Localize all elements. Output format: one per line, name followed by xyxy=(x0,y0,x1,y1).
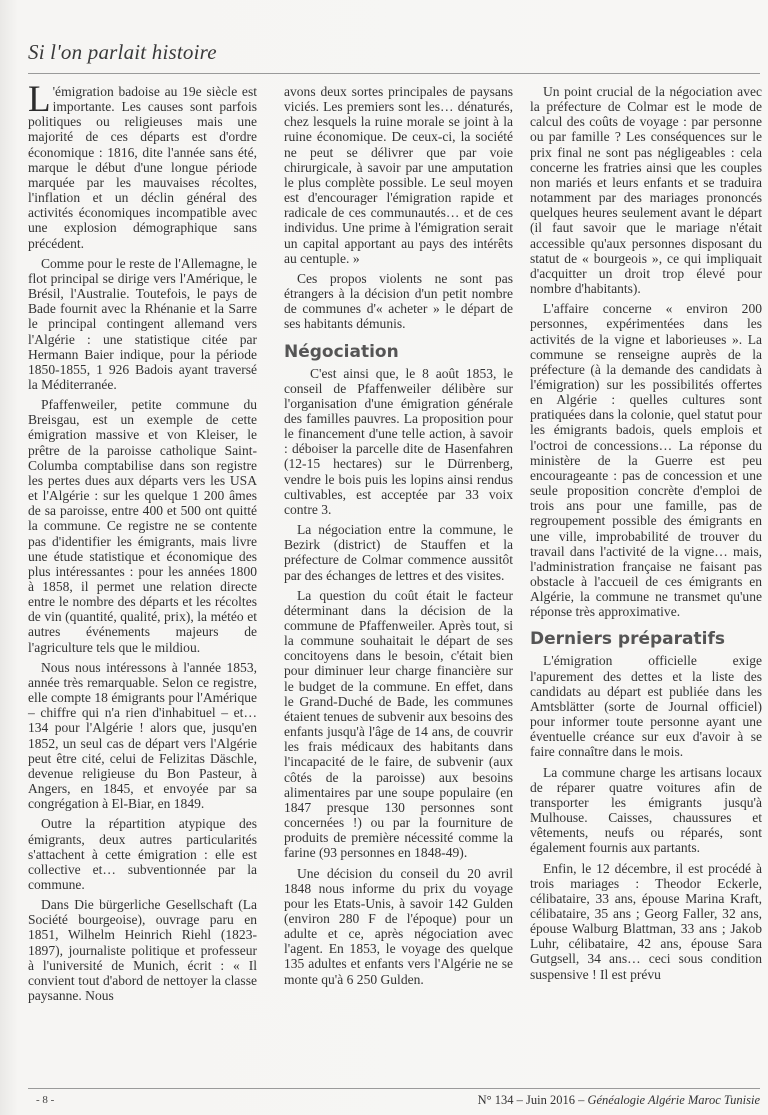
paragraph: Comme pour le reste de l'Allemagne, le f… xyxy=(28,256,257,392)
paragraph: Pfaffenweiler, petite commune du Breisga… xyxy=(28,397,257,655)
section-heading-derniers-preparatifs: Derniers préparatifs xyxy=(530,629,762,649)
section-title: Si l'on parlait histoire xyxy=(28,40,217,65)
paragraph: La question du coût était le facteur dét… xyxy=(284,588,513,861)
article-column-3: Un point crucial de la négociation avec … xyxy=(530,84,762,987)
publication-name: Généalogie Algérie Maroc Tunisie xyxy=(587,1093,760,1107)
paragraph: Nous nous intéressons à l'année 1853, an… xyxy=(28,660,257,812)
footer-divider xyxy=(28,1088,760,1089)
paragraph: Une décision du conseil du 20 avril 1848… xyxy=(284,866,513,987)
paragraph: La commune charge les artisans locaux de… xyxy=(530,765,762,856)
article-column-1: L'émigration badoise au 19e siècle est i… xyxy=(28,84,257,1008)
paragraph: Dans Die bürgerliche Gesellschaft (La So… xyxy=(28,897,257,1003)
paragraph: C'est ainsi que, le 8 août 1853, le cons… xyxy=(284,366,513,518)
paragraph: Outre la répartition atypique des émigra… xyxy=(28,816,257,892)
paragraph: La négociation entre la commune, le Bezi… xyxy=(284,522,513,583)
magazine-page: Si l'on parlait histoire L'émigration ba… xyxy=(0,0,768,1115)
paragraph: L'émigration officielle exige l'apuremen… xyxy=(530,653,762,759)
paragraph: Enfin, le 12 décembre, il est procédé à … xyxy=(530,861,762,982)
article-column-2: avons deux sortes principales de paysans… xyxy=(284,84,513,992)
header-divider xyxy=(28,73,760,74)
page-number: - 8 - xyxy=(36,1094,54,1106)
issue-info: N° 134 – Juin 2016 – xyxy=(478,1093,588,1107)
paragraph: avons deux sortes principales de paysans… xyxy=(284,84,513,266)
drop-cap: L xyxy=(28,86,51,114)
paragraph: L'affaire concerne « environ 200 personn… xyxy=(530,301,762,619)
publication-footer: N° 134 – Juin 2016 – Généalogie Algérie … xyxy=(478,1093,760,1108)
paragraph: Un point crucial de la négociation avec … xyxy=(530,84,762,296)
lead-paragraph: L'émigration badoise au 19e siècle est i… xyxy=(28,84,257,251)
paragraph: Ces propos violents ne sont pas étranger… xyxy=(284,271,513,332)
section-heading-negociation: Négociation xyxy=(284,342,513,362)
